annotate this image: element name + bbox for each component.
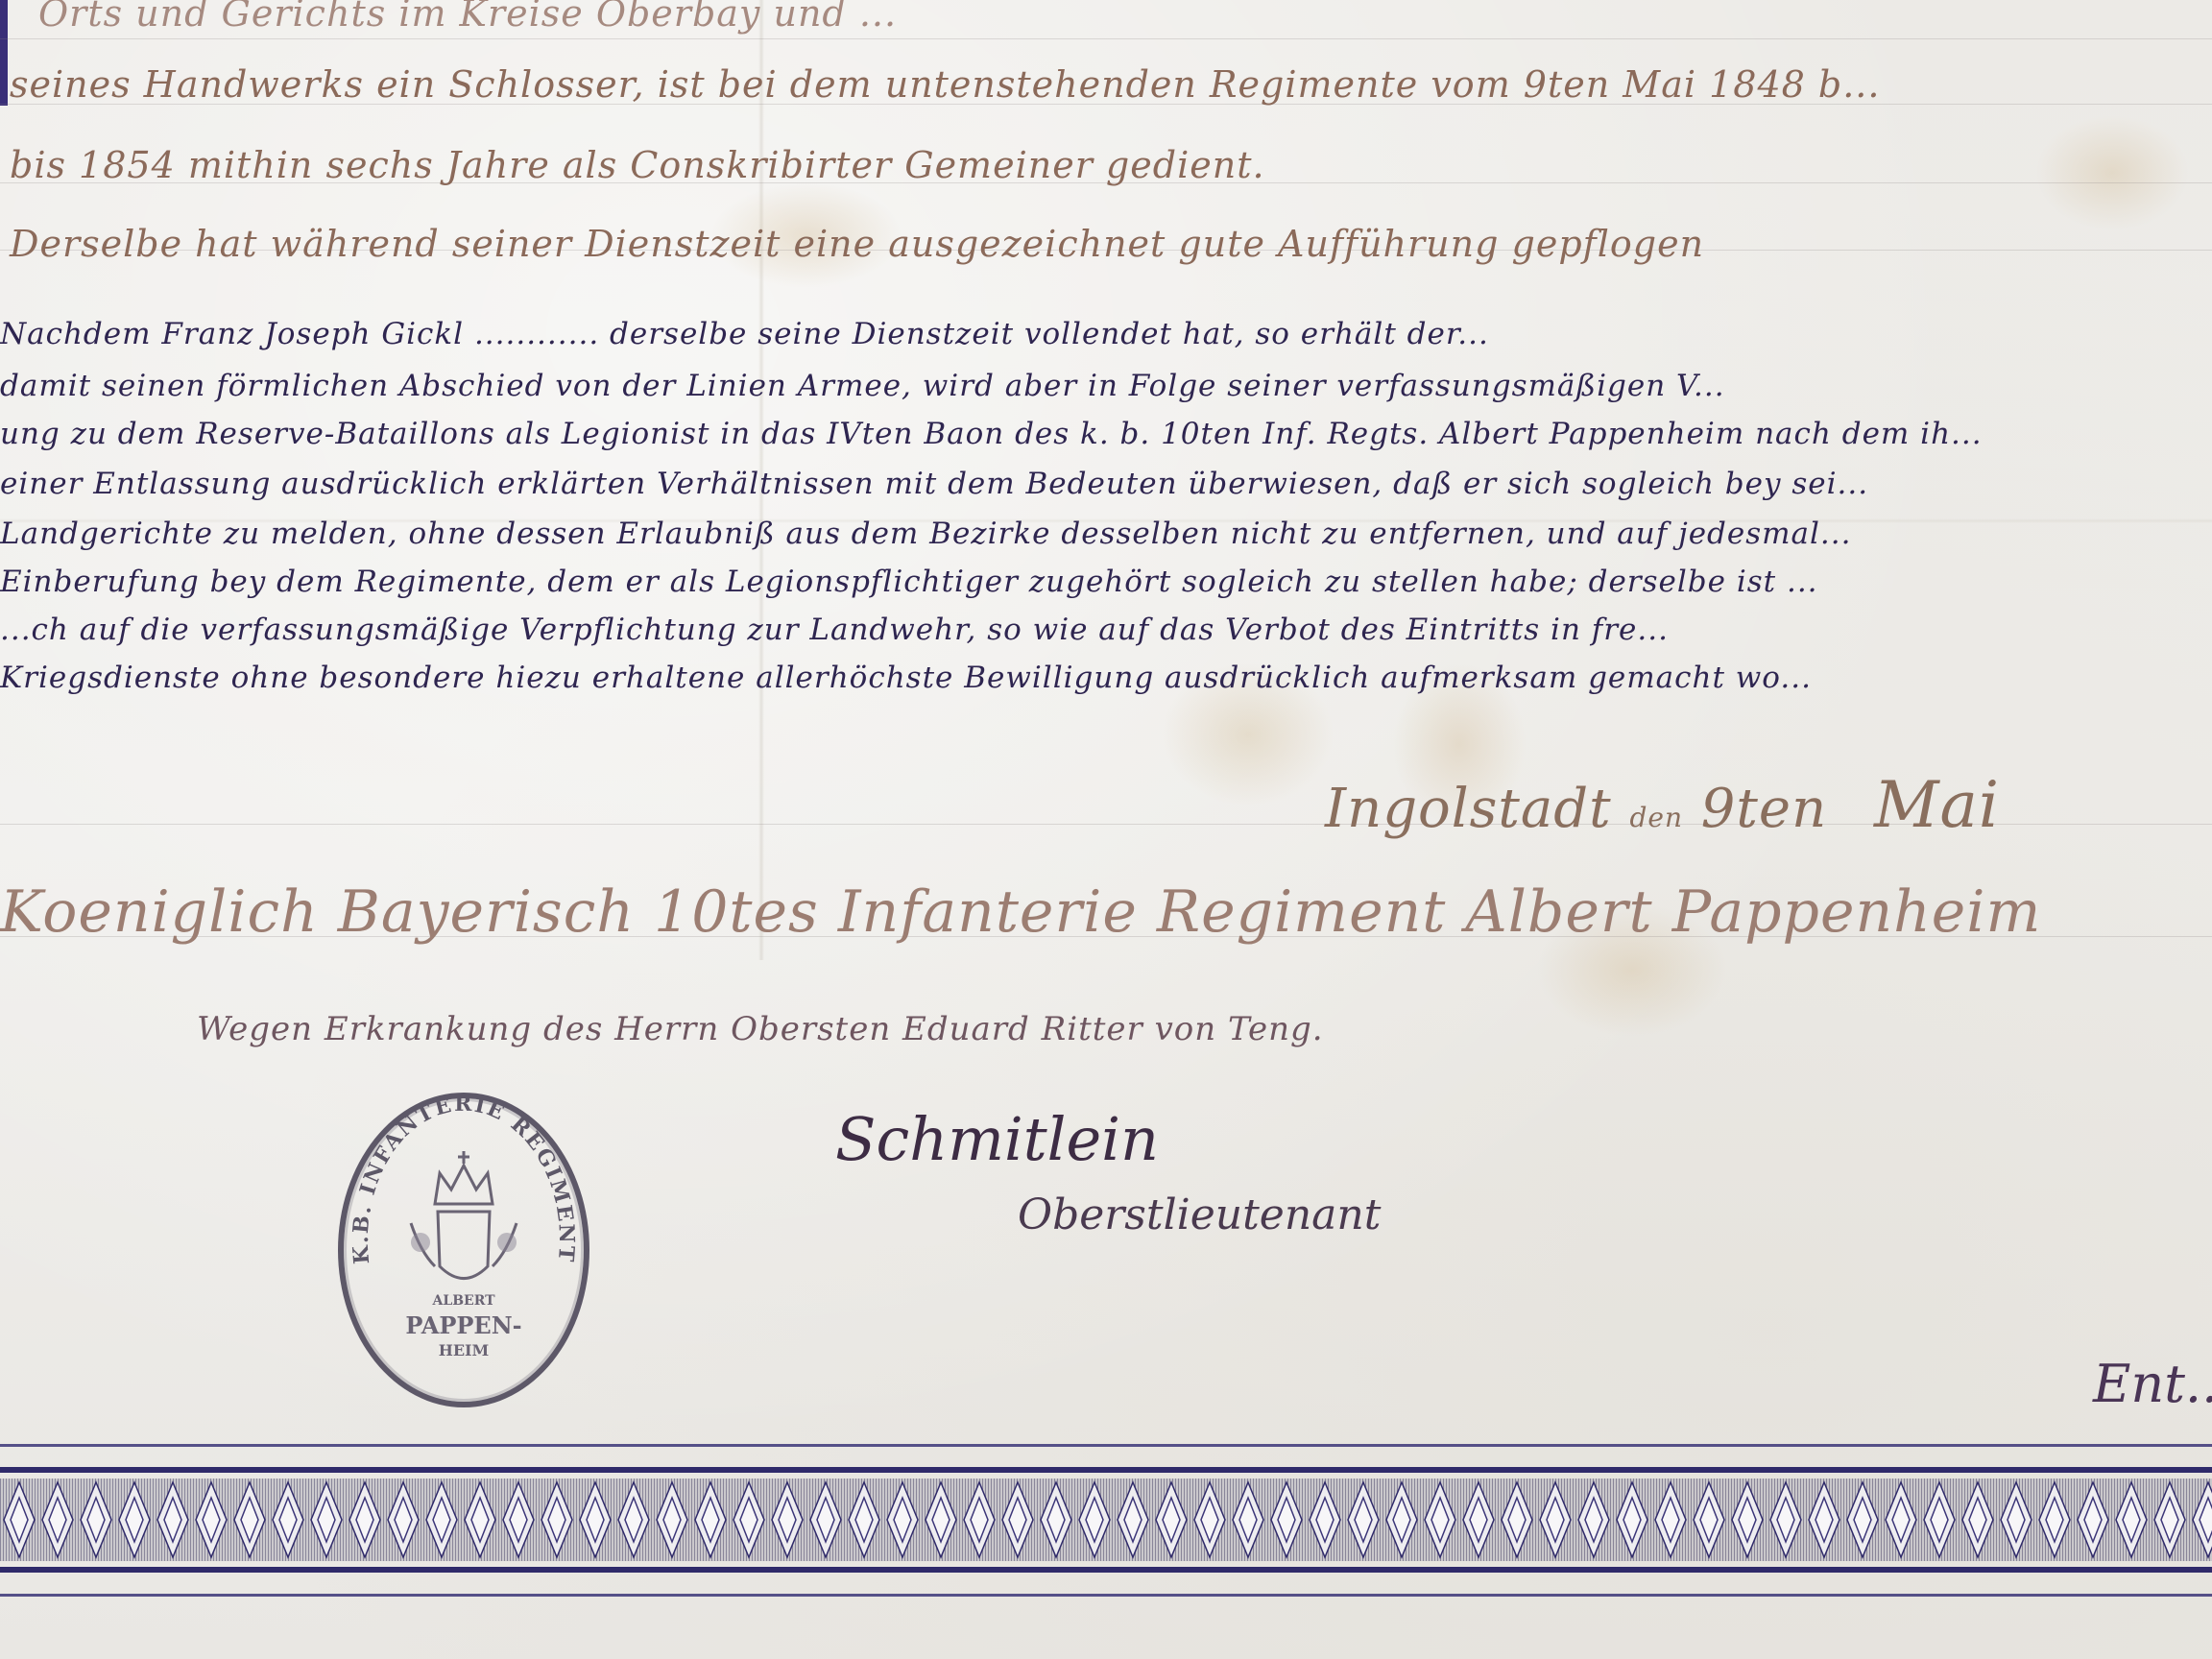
date-connector: den xyxy=(1629,802,1683,833)
date-day: 9ten xyxy=(1701,778,1827,840)
issuer-regiment: Koeniglich Bayerisch 10tes Infanterie Re… xyxy=(0,878,2041,946)
body-line-1: Orts und Gerichts im Kreise Oberbay und … xyxy=(38,0,897,35)
water-stain xyxy=(2035,115,2189,230)
svg-text:K.B. INFANTERIE REGIMENT: K.B. INFANTERIE REGIMENT xyxy=(349,1098,579,1265)
ornamental-border xyxy=(0,1440,2212,1613)
body-line-9: Landgerichte zu melden, ohne dessen Erla… xyxy=(0,517,1852,551)
regiment-seal: K.B. INFANTERIE REGIMENT ALBERT PAPPEN- … xyxy=(338,1093,589,1407)
page-edge xyxy=(0,0,8,106)
signature-title: Oberstlieutenant xyxy=(1018,1190,1381,1239)
body-line-8: einer Entlassung ausdrücklich erklärten … xyxy=(0,467,1868,501)
commander-line: Wegen Erkrankung des Herrn Obersten Edua… xyxy=(197,1010,1324,1048)
signature-name: Schmitlein xyxy=(835,1104,1159,1174)
diamond-pattern-icon xyxy=(0,1479,2212,1561)
diamond-pattern-band xyxy=(0,1479,2212,1561)
body-line-11: ...ch auf die verfassungsmäßige Verpflic… xyxy=(0,613,1669,647)
partial-text-right: Ent... xyxy=(2093,1354,2212,1414)
date-month: Mai xyxy=(1874,768,2000,842)
body-line-12: Kriegsdienste ohne besondere hiezu erhal… xyxy=(0,661,1812,695)
place-date: Ingolstadt den 9ten Mai xyxy=(1325,768,2000,842)
seal-bottom-text: ALBERT PAPPEN- HEIM xyxy=(344,1288,584,1363)
place-name: Ingolstadt xyxy=(1325,778,1612,840)
body-line-6: damit seinen förmlichen Abschied von der… xyxy=(0,369,1725,403)
body-line-4: Derselbe hat während seiner Dienstzeit e… xyxy=(10,223,1704,265)
body-line-7: ung zu dem Reserve-Bataillons als Legion… xyxy=(0,417,1983,451)
body-line-2: seines Handwerks ein Schlosser, ist bei … xyxy=(10,63,1880,106)
body-line-10: Einberufung bey dem Regimente, dem er al… xyxy=(0,565,1818,599)
body-line-3: bis 1854 mithin sechs Jahre als Conskrib… xyxy=(10,144,1265,186)
body-line-5-name: Nachdem Franz Joseph Gickl ............ … xyxy=(0,317,1489,351)
